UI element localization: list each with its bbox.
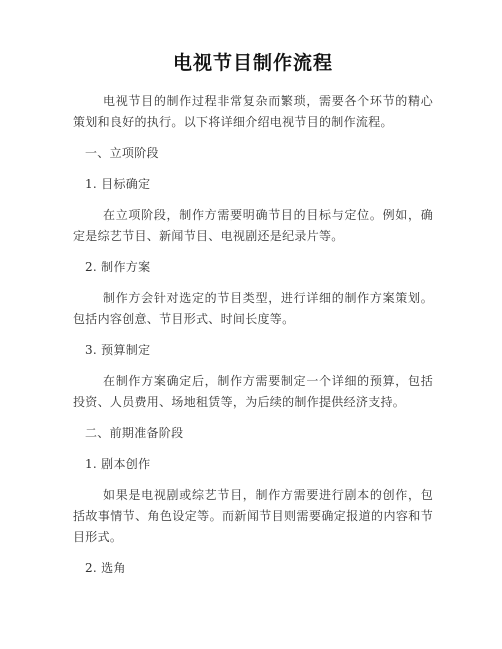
sub-heading: 2. 制作方案 [73, 257, 433, 278]
document-title: 电视节目制作流程 [73, 48, 433, 78]
paragraph: 在制作方案确定后，制作方需要制定一个详细的预算，包括投资、人员费用、场地租赁等，… [73, 371, 433, 413]
sub-heading: 1. 目标确定 [73, 174, 433, 195]
document-page: 电视节目制作流程 电视节目的制作过程非常复杂而繁琐，需要各个环节的精心策划和良好… [0, 0, 502, 649]
sub-heading: 1. 剧本创作 [73, 454, 433, 475]
sub-heading: 2. 选角 [73, 558, 433, 579]
section-heading: 一、立项阶段 [73, 143, 433, 164]
section-heading: 二、前期准备阶段 [73, 423, 433, 444]
sub-heading: 3. 预算制定 [73, 340, 433, 361]
paragraph: 如果是电视剧或综艺节目，制作方需要进行剧本的创作，包括故事情节、角色设定等。而新… [73, 485, 433, 548]
paragraph: 电视节目的制作过程非常复杂而繁琐，需要各个环节的精心策划和良好的执行。以下将详细… [73, 91, 433, 133]
document-body: 电视节目的制作过程非常复杂而繁琐，需要各个环节的精心策划和良好的执行。以下将详细… [73, 91, 433, 579]
paragraph: 制作方会针对选定的节目类型，进行详细的制作方案策划。包括内容创意、节目形式、时间… [73, 288, 433, 330]
paragraph: 在立项阶段，制作方需要明确节目的目标与定位。例如，确定是综艺节目、新闻节目、电视… [73, 205, 433, 247]
